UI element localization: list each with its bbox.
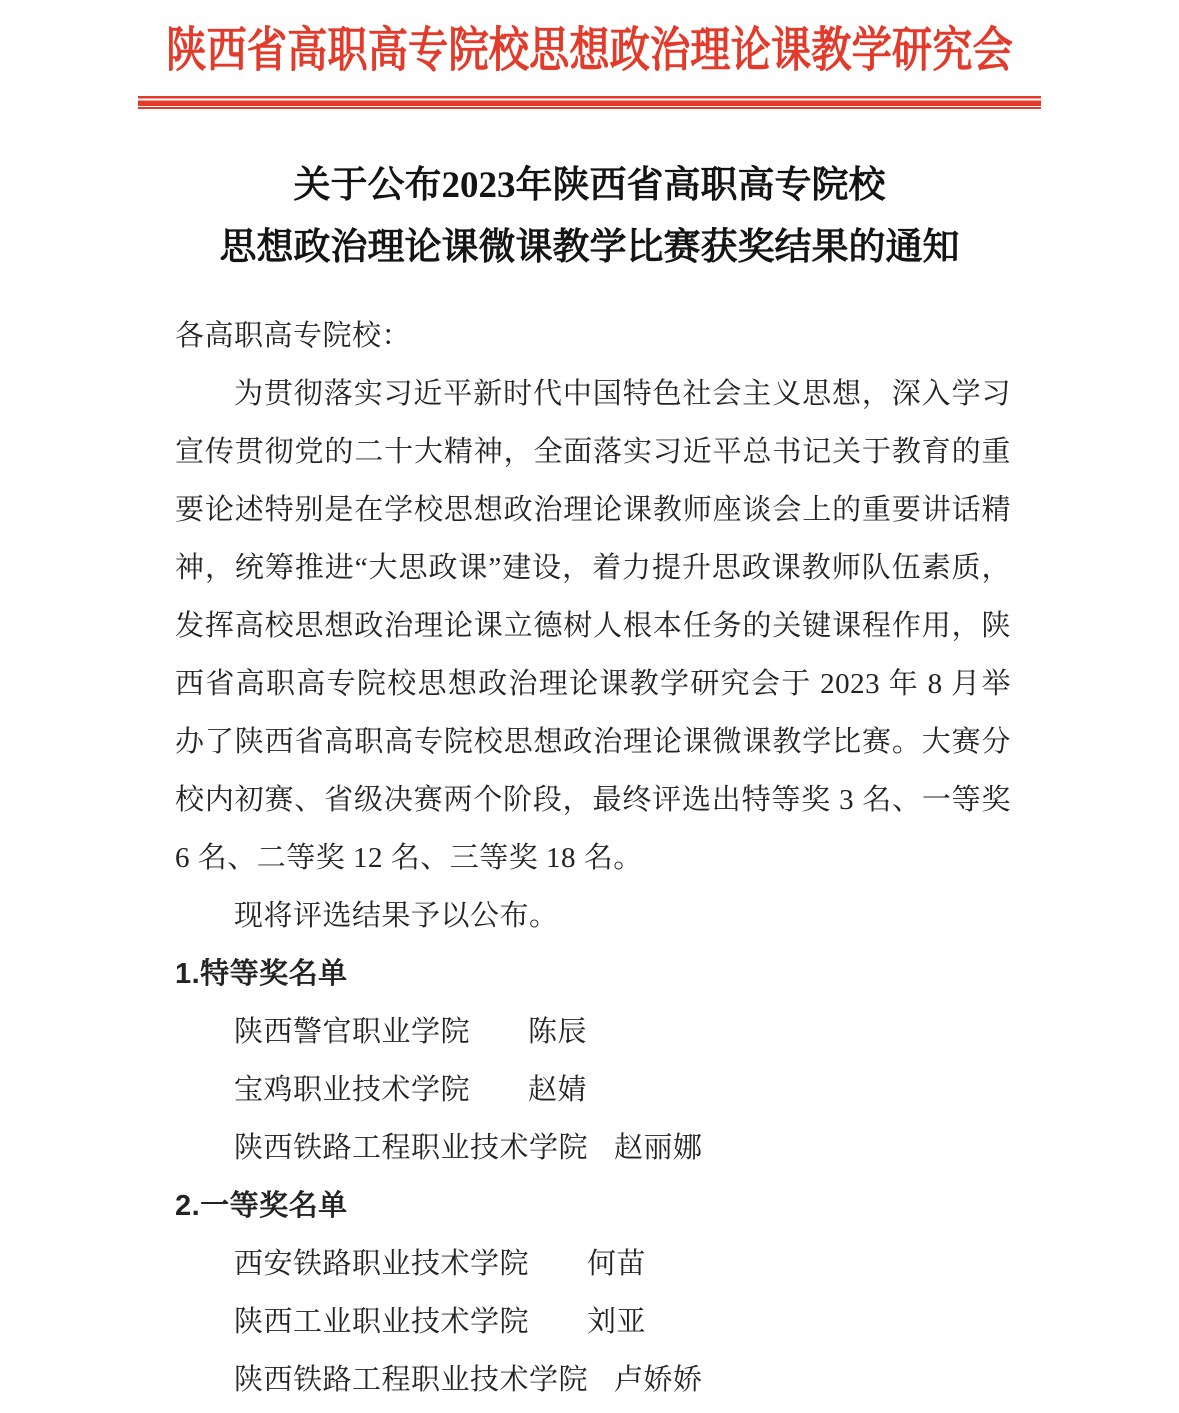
salutation: 各高职高专院校：: [175, 307, 1011, 365]
winner-row-special-1: 陕西警官职业学院 陈辰: [234, 1003, 1011, 1061]
letterhead-org-name: 陕西省高职高专院校思想政治理论课教学研究会: [94, 0, 1084, 80]
main-paragraph: 为贯彻落实习近平新时代中国特色社会主义思想，深入学习宣传贯彻党的二十大精神，全面…: [175, 365, 1011, 887]
winner-school: 陕西工业职业技术学院: [234, 1293, 529, 1351]
first-award-heading: 2.一等奖名单: [175, 1177, 1011, 1235]
winner-row-first-1: 西安铁路职业技术学院 何苗: [234, 1235, 1011, 1293]
winner-school: 宝鸡职业技术学院: [234, 1061, 470, 1119]
doc-title-line1: 关于公布2023年陕西省高职高专院校: [0, 155, 1179, 217]
winner-name: 何苗: [587, 1235, 646, 1293]
announce-paragraph: 现将评选结果予以公布。: [175, 887, 1011, 945]
winner-school: 陕西警官职业学院: [234, 1003, 470, 1061]
doc-title: 关于公布2023年陕西省高职高专院校 思想政治理论课微课教学比赛获奖结果的通知: [0, 155, 1179, 279]
winner-name: 刘亚: [587, 1293, 646, 1351]
winner-school: 西安铁路职业技术学院: [234, 1235, 529, 1293]
special-award-heading: 1.特等奖名单: [175, 945, 1011, 1003]
winner-row-special-3: 陕西铁路工程职业技术学院 赵丽娜: [234, 1119, 1011, 1177]
doc-title-line2: 思想政治理论课微课教学比赛获奖结果的通知: [0, 217, 1179, 279]
winner-name: 陈辰: [528, 1003, 587, 1061]
winner-school: 陕西铁路工程职业技术学院: [234, 1119, 588, 1177]
document-page: 陕西省高职高专院校思想政治理论课教学研究会 关于公布2023年陕西省高职高专院校…: [0, 0, 1179, 1413]
letterhead-divider-rule: [138, 96, 1041, 109]
winner-name: 赵丽娜: [614, 1119, 703, 1177]
winner-name: 卢娇娇: [614, 1351, 703, 1409]
winner-row-first-3: 陕西铁路工程职业技术学院 卢娇娇: [234, 1351, 1011, 1409]
doc-body: 各高职高专院校： 为贯彻落实习近平新时代中国特色社会主义思想，深入学习宣传贯彻党…: [175, 307, 1011, 1409]
winner-name: 赵婧: [528, 1061, 587, 1119]
winner-school: 陕西铁路工程职业技术学院: [234, 1351, 588, 1409]
winner-row-special-2: 宝鸡职业技术学院 赵婧: [234, 1061, 1011, 1119]
winner-row-first-2: 陕西工业职业技术学院 刘亚: [234, 1293, 1011, 1351]
